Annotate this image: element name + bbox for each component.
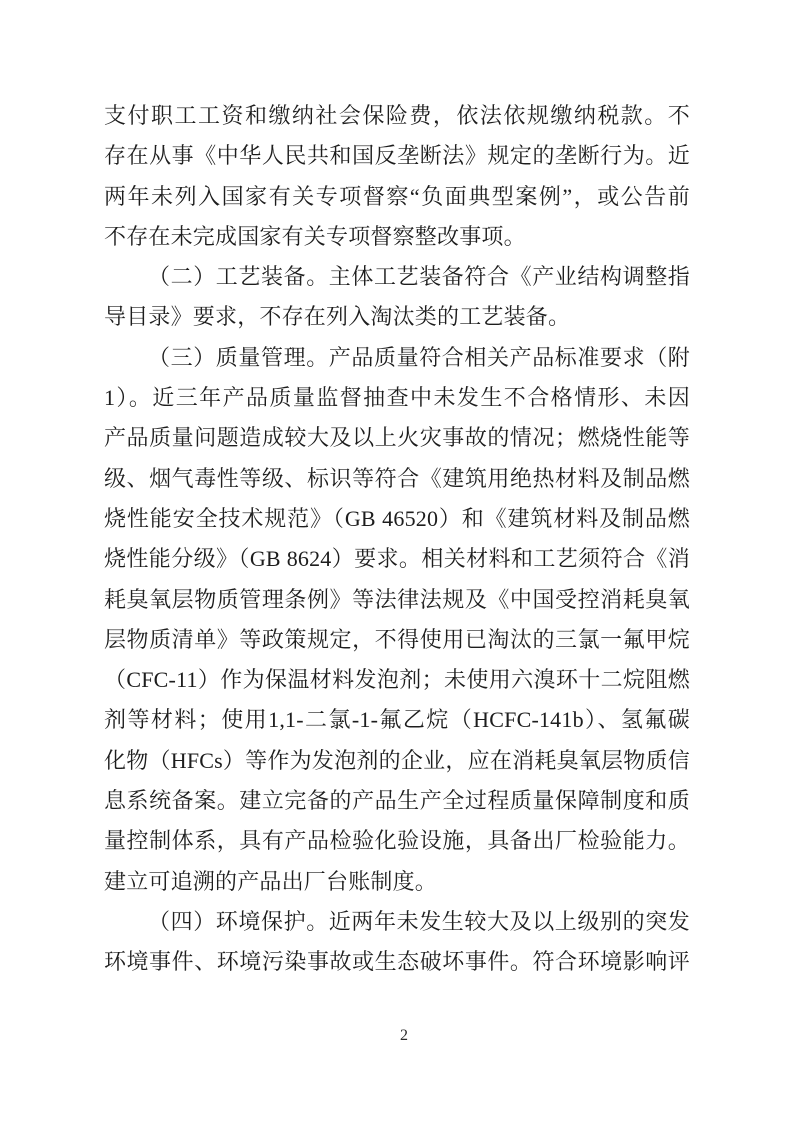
text-line: 建立可追溯的产品出厂台账制度。 [104, 862, 690, 902]
text-line: （二）工艺装备。主体工艺装备符合《产业结构调整指 [104, 257, 690, 297]
text-line: 层物质清单》等政策规定，不得使用已淘汰的三氯一氟甲烷 [104, 620, 690, 660]
text-line: 级、烟气毒性等级、标识等符合《建筑用绝热材料及制品燃 [104, 459, 690, 499]
text-line: 1）。近三年产品质量监督抽查中未发生不合格情形、未因 [104, 378, 690, 418]
text-line: 化物（HFCs）等作为发泡剂的企业，应在消耗臭氧层物质信 [104, 741, 690, 781]
para-section-3-quality-management: （三）质量管理。产品质量符合相关产品标准要求（附1）。近三年产品质量监督抽查中未… [104, 338, 690, 902]
text-line: 环境事件、环境污染事故或生态破坏事件。符合环境影响评 [104, 942, 690, 982]
text-line: （三）质量管理。产品质量符合相关产品标准要求（附 [104, 338, 690, 378]
text-line: 剂等材料；使用1,1-二氯-1-氟乙烷（HCFC-141b）、氢氟碳 [104, 700, 690, 740]
page-number: 2 [386, 1027, 408, 1044]
text-line: 烧性能安全技术规范》（GB 46520）和《建筑材料及制品燃 [104, 499, 690, 539]
text-line: 烧性能分级》（GB 8624）要求。相关材料和工艺须符合《消 [104, 539, 690, 579]
text-line: 产品质量问题造成较大及以上火灾事故的情况；燃烧性能等 [104, 418, 690, 458]
text-line: （CFC-11）作为保温材料发泡剂；未使用六溴环十二烷阻燃 [104, 660, 690, 700]
text-line: 耗臭氧层物质管理条例》等法律法规及《中国受控消耗臭氧 [104, 580, 690, 620]
para-section-2-process-equipment: （二）工艺装备。主体工艺装备符合《产业结构调整指导目录》要求，不存在列入淘汰类的… [104, 257, 690, 338]
text-line: 两年未列入国家有关专项督察“负面典型案例”，或公告前 [104, 177, 690, 217]
text-line: 导目录》要求，不存在列入淘汰类的工艺装备。 [104, 297, 690, 337]
page-footer: 2 [0, 1027, 794, 1045]
document-page: 支付职工工资和缴纳社会保险费，依法依规缴纳税款。不存在从事《中华人民共和国反垄断… [0, 0, 794, 1123]
text-line: 不存在未完成国家有关专项督察整改事项。 [104, 217, 690, 257]
text-line: 量控制体系，具有产品检验化验设施，具备出厂检验能力。 [104, 821, 690, 861]
text-line: 息系统备案。建立完备的产品生产全过程质量保障制度和质 [104, 781, 690, 821]
para-continuation: 支付职工工资和缴纳社会保险费，依法依规缴纳税款。不存在从事《中华人民共和国反垄断… [104, 96, 690, 257]
text-line: （四）环境保护。近两年未发生较大及以上级别的突发 [104, 902, 690, 942]
text-line: 存在从事《中华人民共和国反垄断法》规定的垄断行为。近 [104, 136, 690, 176]
document-body: 支付职工工资和缴纳社会保险费，依法依规缴纳税款。不存在从事《中华人民共和国反垄断… [104, 96, 690, 983]
text-line: 支付职工工资和缴纳社会保险费，依法依规缴纳税款。不 [104, 96, 690, 136]
para-section-4-environmental-protection: （四）环境保护。近两年未发生较大及以上级别的突发环境事件、环境污染事故或生态破坏… [104, 902, 690, 983]
